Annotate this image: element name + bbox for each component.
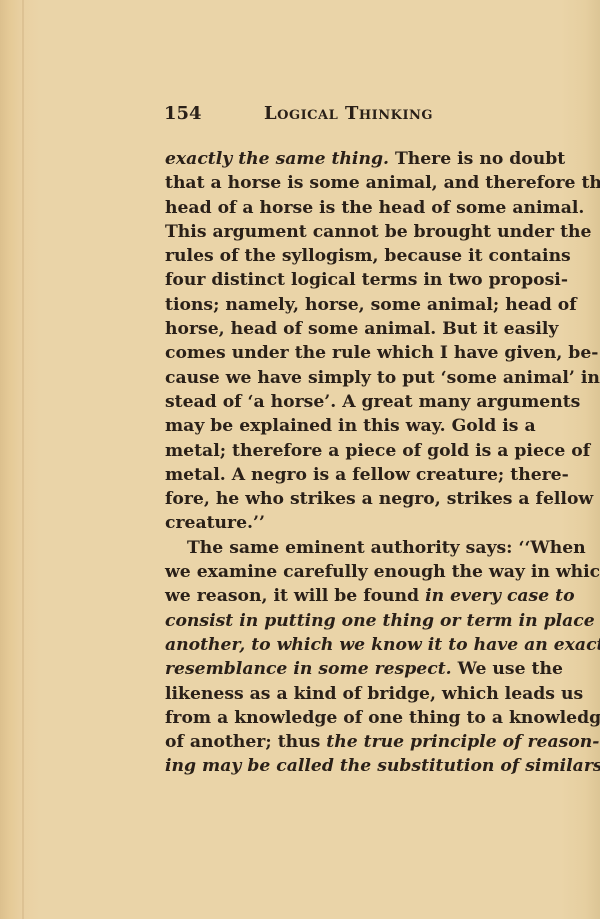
- text-segment: tions; namely, horse, some animal; head …: [165, 295, 577, 315]
- text-line: resemblance in some respect. We use the: [165, 657, 529, 681]
- text-line: horse, head of some animal. But it easil…: [165, 317, 529, 341]
- text-line: metal. A negro is a fellow creature; the…: [165, 463, 529, 487]
- italic-text: consist in putting one thing or term in …: [165, 611, 600, 631]
- text-line: fore, he who strikes a negro, strikes a …: [165, 487, 529, 511]
- text-segment: The same eminent authority says: ‘‘When: [187, 538, 586, 558]
- text-segment: creature.’’: [165, 513, 265, 533]
- text-segment: we examine carefully enough the way in w…: [165, 562, 600, 582]
- text-segment: fore, he who strikes a negro, strikes a …: [165, 489, 593, 509]
- text-line: comes under the rule which I have given,…: [165, 341, 529, 365]
- text-segment: stead of ‘a horse’. A great many argumen…: [165, 392, 580, 412]
- text-line: from a knowledge of one thing to a knowl…: [165, 706, 529, 730]
- text-line: likeness as a kind of bridge, which lead…: [165, 682, 529, 706]
- text-segment: we reason, it will be found: [165, 586, 425, 606]
- text-segment: rules of the syllogism, because it conta…: [165, 246, 571, 266]
- text-segment: This argument cannot be brought under th…: [165, 222, 591, 242]
- italic-text: exactly the same thing.: [165, 149, 389, 169]
- text-segment: that a horse is some animal, and therefo…: [165, 173, 600, 193]
- text-segment: from a knowledge of one thing to a knowl…: [165, 708, 600, 728]
- running-head: 154 Logical Thinking: [164, 103, 530, 127]
- text-segment: cause we have simply to put ‘some animal…: [165, 368, 600, 388]
- running-title: Logical Thinking: [264, 103, 433, 124]
- page-number: 154: [164, 103, 202, 124]
- text-line: we reason, it will be found in every cas…: [165, 584, 529, 608]
- text-line: metal; therefore a piece of gold is a pi…: [165, 439, 529, 463]
- text-line: rules of the syllogism, because it conta…: [165, 244, 529, 268]
- text-segment: comes under the rule which I have given,…: [165, 343, 598, 363]
- text-line: that a horse is some animal, and therefo…: [165, 171, 529, 195]
- text-segment: likeness as a kind of bridge, which lead…: [165, 684, 583, 704]
- text-line: consist in putting one thing or term in …: [165, 609, 529, 633]
- text-line: This argument cannot be brought under th…: [165, 220, 529, 244]
- text-segment: head of a horse is the head of some anim…: [165, 198, 584, 218]
- italic-text: the true principle of reason-: [326, 732, 599, 752]
- text-line: head of a horse is the head of some anim…: [165, 196, 529, 220]
- text-line: creature.’’: [165, 511, 529, 535]
- text-line: cause we have simply to put ‘some animal…: [165, 366, 529, 390]
- text-segment: We use the: [452, 659, 563, 679]
- text-line: The same eminent authority says: ‘‘When: [165, 536, 529, 560]
- italic-text: another, to which we know it to have an …: [165, 635, 600, 655]
- text-line: we examine carefully enough the way in w…: [165, 560, 529, 584]
- book-page: 154 Logical Thinking exactly the same th…: [0, 0, 600, 919]
- text-segment: horse, head of some animal. But it easil…: [165, 319, 558, 339]
- text-line: another, to which we know it to have an …: [165, 633, 529, 657]
- text-segment: may be explained in this way. Gold is a: [165, 416, 536, 436]
- italic-text: ing may be called the substitution of si…: [165, 756, 600, 776]
- italic-text: resemblance in some respect.: [165, 659, 452, 679]
- text-line: stead of ‘a horse’. A great many argumen…: [165, 390, 529, 414]
- text-segment: of another; thus: [165, 732, 326, 752]
- page-gutter: [22, 0, 24, 919]
- text-segment: metal. A negro is a fellow creature; the…: [165, 465, 569, 485]
- text-line: tions; namely, horse, some animal; head …: [165, 293, 529, 317]
- text-line: of another; thus the true principle of r…: [165, 730, 529, 754]
- text-line: ing may be called the substitution of si…: [165, 754, 529, 778]
- text-segment: metal; therefore a piece of gold is a pi…: [165, 441, 590, 461]
- body-text: exactly the same thing. There is no doub…: [165, 147, 529, 779]
- text-segment: There is no doubt: [389, 149, 565, 169]
- italic-text: in every case to: [425, 586, 575, 606]
- text-segment: four distinct logical terms in two propo…: [165, 270, 568, 290]
- text-line: exactly the same thing. There is no doub…: [165, 147, 529, 171]
- text-line: may be explained in this way. Gold is a: [165, 414, 529, 438]
- text-line: four distinct logical terms in two propo…: [165, 268, 529, 292]
